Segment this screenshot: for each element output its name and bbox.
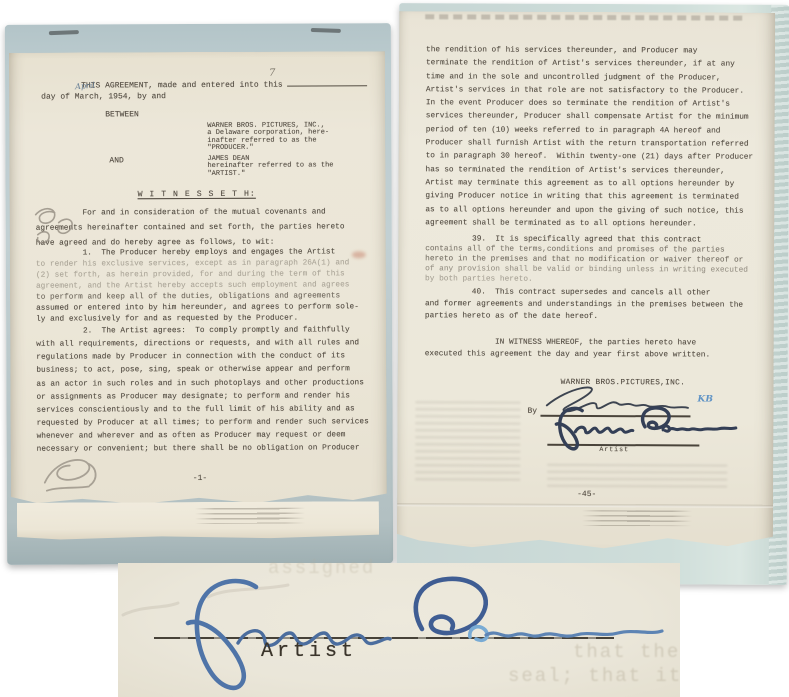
paragraph-1: 1. The Producer hereby employs and engag…: [36, 249, 359, 327]
artist-label-closeup: Artist: [261, 642, 357, 662]
paragraph-40: 40. This contract supersedes and cancels…: [425, 289, 743, 326]
witnesseth-heading: W I T N E S S E T H:: [138, 191, 256, 200]
cut-off-text-line: [425, 14, 745, 20]
page-2-number: -45-: [577, 491, 596, 499]
bleed-through-text: [415, 401, 520, 481]
artist-label: Artist: [599, 447, 629, 454]
handwritten-day-numeral: 7: [269, 68, 275, 79]
date-line: day of March, 1954, by and: [41, 93, 166, 102]
bleed-through-text-2: [547, 464, 727, 493]
between-label: BETWEEN: [105, 111, 139, 119]
fold-crease: [397, 503, 773, 508]
pencil-doodle: [24, 201, 84, 251]
signature-closeup: assigned that the seal; that it Artist: [118, 563, 680, 697]
day-blank-line: [287, 77, 367, 86]
page-2-paper: the rendition of his services thereunder…: [397, 11, 775, 553]
james-dean-signature-closeup: [138, 571, 698, 697]
contract-page-2: the rendition of his services thereunder…: [397, 3, 789, 585]
handwritten-month-note: April: [75, 81, 95, 91]
paragraph-39: 39. It is specifically agreed that this …: [425, 236, 748, 287]
contract-page-1: THIS AGREEMENT, made and entered into th…: [5, 23, 393, 565]
paragraph-2: 2. The Artist agrees: To comply promptly…: [36, 327, 369, 460]
page-2-body: the rendition of his services thereunder…: [425, 47, 753, 235]
document-stamp: [195, 508, 305, 524]
pencil-scribble: [37, 450, 107, 502]
backing-page-edge: [17, 501, 379, 541]
document-stamp-2: [582, 510, 692, 526]
artist-party-block: JAMES DEANhereinafter referred to as the…: [207, 155, 333, 178]
and-label: AND: [109, 157, 123, 165]
agreement-opening-line: THIS AGREEMENT, made and entered into th…: [81, 77, 367, 90]
james-dean-signature: [537, 404, 749, 457]
red-pencil-smudge: [352, 251, 366, 258]
page-1-paper: THIS AGREEMENT, made and entered into th…: [9, 51, 387, 508]
photo-collage: THIS AGREEMENT, made and entered into th…: [0, 0, 789, 697]
producer-party-block: WARNER BROS. PICTURES, INC.,a Delaware c…: [207, 122, 329, 152]
page-1-number: -1-: [193, 475, 207, 483]
witness-initials: KB: [698, 394, 713, 404]
witness-clause: IN WITNESS WHEREOF, the parties hereto h…: [425, 339, 711, 365]
